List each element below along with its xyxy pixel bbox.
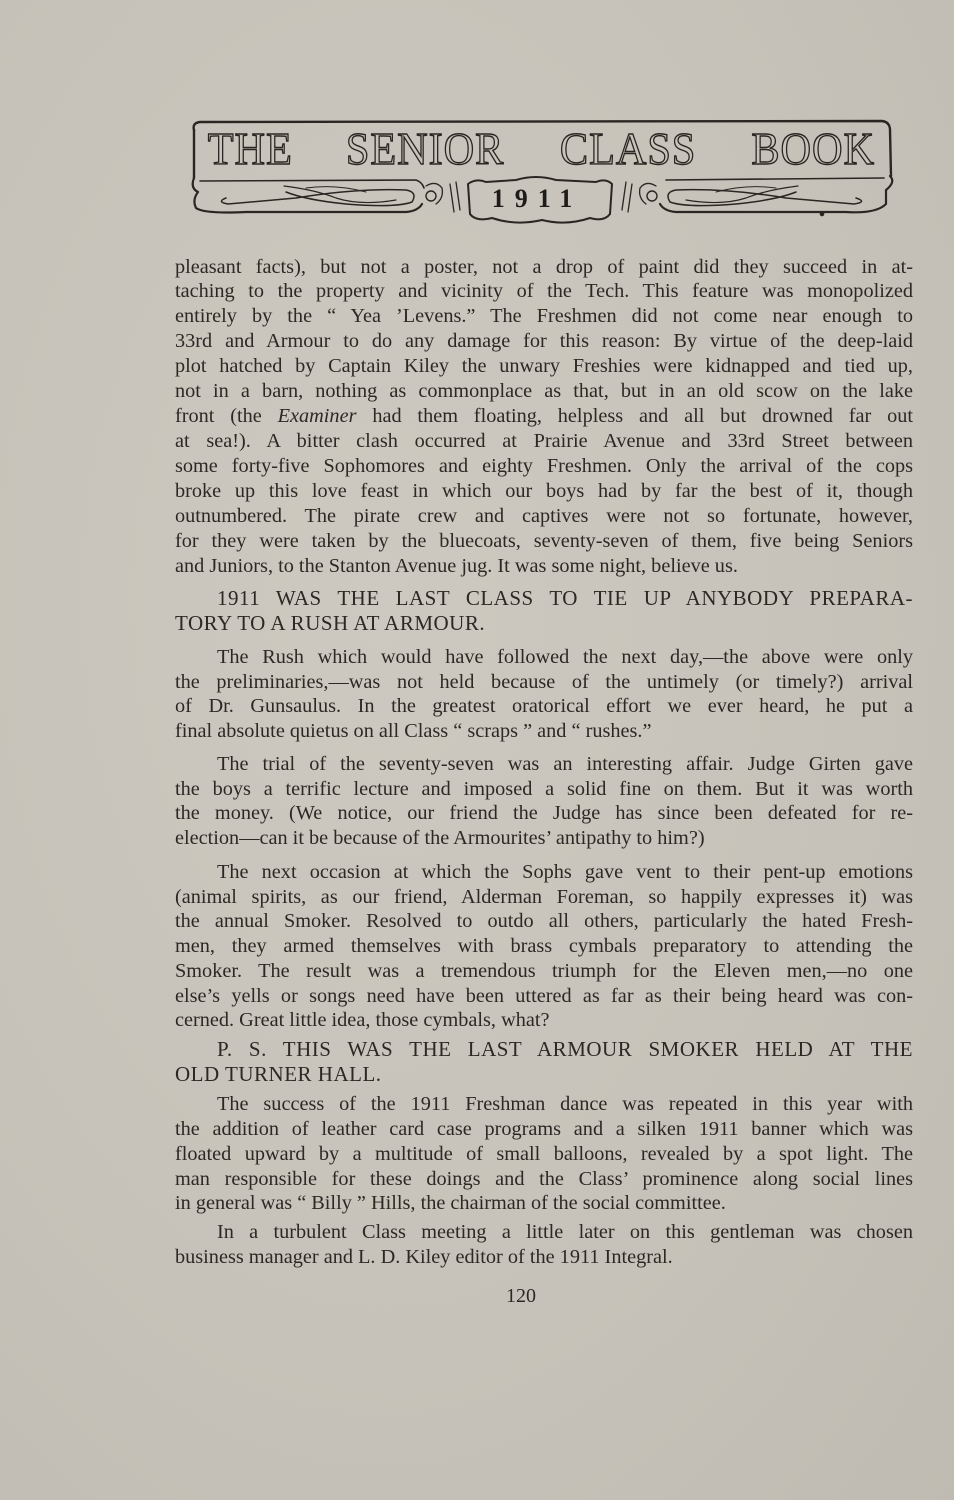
text-line: 33rd and Armour to do any damage for thi…: [175, 329, 913, 353]
text-line: the boys a terrific lecture and imposed …: [175, 777, 913, 801]
text-line: The success of the 1911 Freshman dance w…: [217, 1092, 913, 1116]
text-line: final absolute quietus on all Class “ sc…: [175, 719, 913, 743]
text-line: else’s yells or songs need have been utt…: [175, 984, 913, 1008]
text-line: the addition of leather card case progra…: [175, 1117, 913, 1141]
text-line: at sea!). A bitter clash occurred at Pra…: [175, 429, 913, 453]
text-line: Smoker. The result was a tremendous triu…: [175, 959, 913, 983]
text-line: the money. (We notice, our friend the Ju…: [175, 801, 913, 825]
text-line: men, they armed themselves with brass cy…: [175, 934, 913, 958]
text-line: broke up this love feast in which our bo…: [175, 479, 913, 503]
text-line: floated upward by a multitude of small b…: [175, 1142, 913, 1166]
text-line: the preliminaries,—was not held because …: [175, 670, 913, 694]
text-line: for they were taken by the bluecoats, se…: [175, 529, 913, 553]
text-line: in general was “ Billy ” Hills, the chai…: [175, 1191, 913, 1215]
text-line: 1911 WAS THE LAST CLASS TO TIE UP ANYBOD…: [217, 586, 913, 610]
text-line: TORY TO A RUSH AT ARMOUR.: [175, 611, 913, 635]
class-year: 1911: [483, 184, 591, 214]
text-line: business manager and L. D. Kiley editor …: [175, 1245, 913, 1269]
text-line: front (the Examiner had them floating, h…: [175, 404, 913, 428]
text-line: (animal spirits, as our friend, Alderman…: [175, 885, 913, 909]
text-line: The next occasion at which the Sophs gav…: [217, 860, 913, 884]
title-word: BOOK: [751, 126, 875, 172]
text-line: plot hatched by Captain Kiley the unwary…: [175, 354, 913, 378]
text-line: The trial of the seventy-seven was an in…: [217, 752, 913, 776]
page-number: 120: [490, 1285, 552, 1308]
text-line: entirely by the “ Yea ’Levens.” The Fres…: [175, 304, 913, 328]
text-line: OLD TURNER HALL.: [175, 1062, 913, 1086]
text-line: man responsible for these doings and the…: [175, 1167, 913, 1191]
text-line: the annual Smoker. Resolved to outdo all…: [175, 909, 913, 933]
book-title: THE SENIOR CLASS BOOK: [204, 126, 880, 172]
text-line: taching to the property and vicinity of …: [175, 279, 913, 303]
text-line: not in a barn, nothing as commonplace as…: [175, 379, 913, 403]
text-line: and Juniors, to the Stanton Avenue jug. …: [175, 554, 913, 578]
title-word: THE: [208, 126, 293, 172]
text-line: P. S. THIS WAS THE LAST ARMOUR SMOKER HE…: [217, 1037, 913, 1061]
text-line: The Rush which would have followed the n…: [217, 645, 913, 669]
text-line: cerned. Great little idea, those cymbals…: [175, 1008, 913, 1032]
text-line: In a turbulent Class meeting a little la…: [217, 1220, 913, 1244]
text-line: of Dr. Gunsaulus. In the greatest orator…: [175, 694, 913, 718]
text-line: outnumbered. The pirate crew and captive…: [175, 504, 913, 528]
title-word: SENIOR: [346, 126, 504, 172]
text-line: some forty-five Sophomores and eighty Fr…: [175, 454, 913, 478]
page-header-ornament: THE SENIOR CLASS BOOK 1911: [186, 118, 898, 230]
title-word: CLASS: [560, 126, 696, 172]
text-line: pleasant facts), but not a poster, not a…: [175, 255, 913, 279]
text-line: election—can it be because of the Armour…: [175, 826, 913, 850]
